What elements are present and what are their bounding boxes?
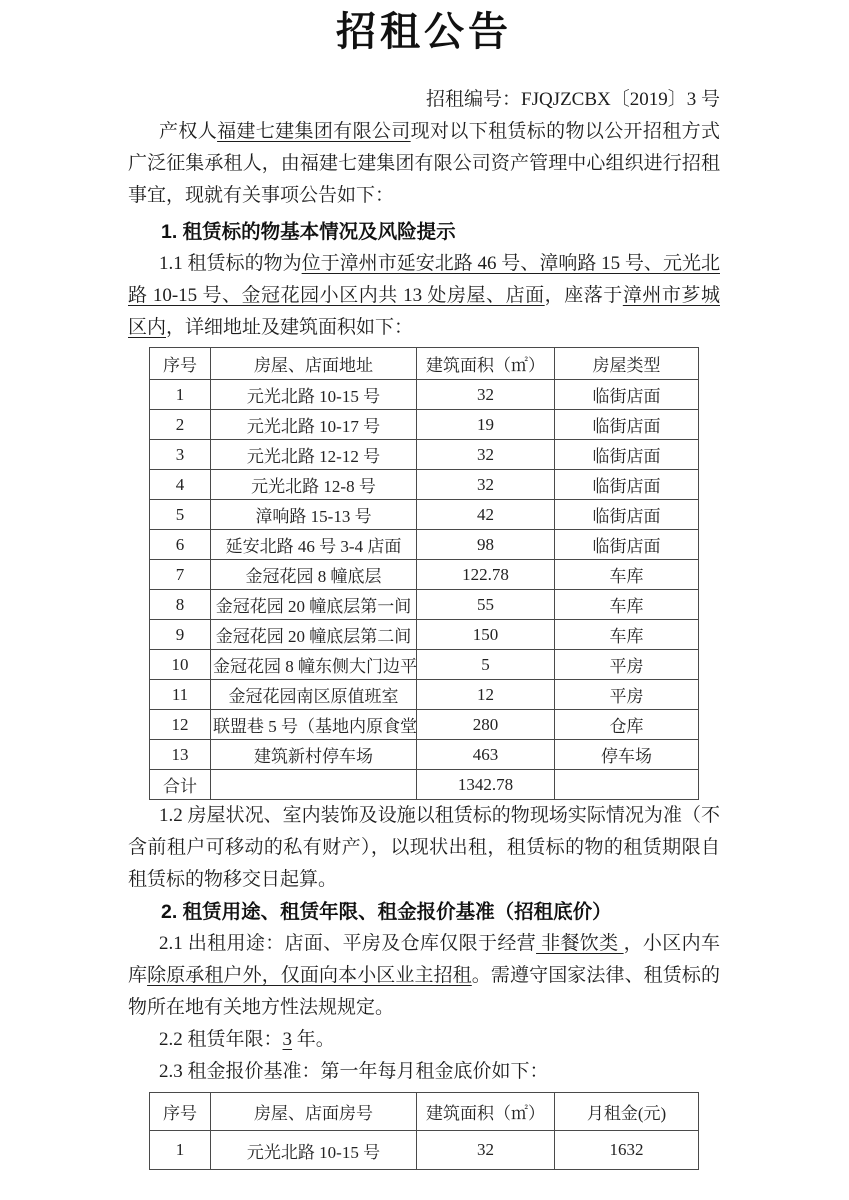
cell-type: 平房 <box>555 650 699 680</box>
cell-area: 12 <box>417 680 555 710</box>
cell-type: 临街店面 <box>555 470 699 500</box>
table-row: 13 建筑新村停车场 463 停车场 <box>150 740 699 770</box>
table-row: 4 元光北路 12-8 号 32 临街店面 <box>150 470 699 500</box>
table-row: 5 漳响路 15-13 号 42 临街店面 <box>150 500 699 530</box>
cell-area: 32 <box>417 470 555 500</box>
intro-pre: 产权人 <box>159 121 217 142</box>
cell-type: 临街店面 <box>555 380 699 410</box>
para-2-2-post: 年。 <box>292 1029 335 1050</box>
table-row: 12 联盟巷 5 号（基地内原食堂） 280 仓库 <box>150 710 699 740</box>
cell-seq: 9 <box>150 620 211 650</box>
col-header-area: 建筑面积（㎡） <box>417 348 555 380</box>
cell-address: 元光北路 12-8 号 <box>211 470 417 500</box>
rent-table-header-row: 序号 房屋、店面房号 建筑面积（㎡） 月租金(元) <box>150 1093 699 1131</box>
cell-type: 车库 <box>555 590 699 620</box>
cell-address: 元光北路 10-17 号 <box>211 410 417 440</box>
total-address-empty <box>211 770 417 800</box>
cell-seq: 12 <box>150 710 211 740</box>
cell-seq: 10 <box>150 650 211 680</box>
owner-name-underlined: 福建七建集团有限公司 <box>217 121 411 142</box>
para-2-2: 2.2 租赁年限：3 年。 <box>128 1024 720 1056</box>
cell-address: 建筑新村停车场 <box>211 740 417 770</box>
total-area: 1342.78 <box>417 770 555 800</box>
table-row: 2 元光北路 10-17 号 19 临街店面 <box>150 410 699 440</box>
cell-area: 32 <box>417 440 555 470</box>
cell-type: 车库 <box>555 620 699 650</box>
table-row: 3 元光北路 12-12 号 32 临街店面 <box>150 440 699 470</box>
total-row: 合计 1342.78 <box>150 770 699 800</box>
cell-seq: 13 <box>150 740 211 770</box>
cell-seq: 6 <box>150 530 211 560</box>
para-2-3: 2.3 租金报价基准：第一年每月租金底价如下： <box>128 1056 720 1088</box>
table-row: 1 元光北路 10-15 号 32 临街店面 <box>150 380 699 410</box>
para-1-1-pre: 1.1 租赁标的物为 <box>159 253 302 274</box>
table-row: 11 金冠花园南区原值班室 12 平房 <box>150 680 699 710</box>
cell-type: 平房 <box>555 680 699 710</box>
cell-type: 临街店面 <box>555 500 699 530</box>
cell-area: 5 <box>417 650 555 680</box>
rent-table: 序号 房屋、店面房号 建筑面积（㎡） 月租金(元) 1 元光北路 10-15 号… <box>149 1092 699 1170</box>
section-2-heading: 2. 租赁用途、租赁年限、租金报价基准（招租底价） <box>161 896 720 928</box>
property-table: 序号 房屋、店面地址 建筑面积（㎡） 房屋类型 1 元光北路 10-15 号 3… <box>149 347 699 800</box>
cell-room: 元光北路 10-15 号 <box>211 1131 417 1170</box>
table-row: 9 金冠花园 20 幢底层第二间 150 车库 <box>150 620 699 650</box>
cell-area: 280 <box>417 710 555 740</box>
rent-table-row: 1 元光北路 10-15 号 32 1632 <box>150 1131 699 1170</box>
cell-area: 42 <box>417 500 555 530</box>
para-1-1-post: ，详细地址及建筑面积如下： <box>166 317 413 338</box>
para-1-1-mid: ，座落于 <box>545 285 623 306</box>
rent-col-header-rent: 月租金(元) <box>555 1093 699 1131</box>
cell-address: 延安北路 46 号 3-4 店面 <box>211 530 417 560</box>
table-row: 8 金冠花园 20 幢底层第一间 55 车库 <box>150 590 699 620</box>
cell-seq: 1 <box>150 1131 211 1170</box>
document-page: 招租公告 招租编号：FJQJZCBX〔2019〕3 号 产权人福建七建集团有限公… <box>0 0 849 1200</box>
cell-area: 463 <box>417 740 555 770</box>
total-type-empty <box>555 770 699 800</box>
para-1-2: 1.2 房屋状况、室内装饰及设施以租赁标的物现场实际情况为准（不含前租户可移动的… <box>128 800 720 896</box>
cell-area: 32 <box>417 1131 555 1170</box>
para-2-1-restriction-underlined: 除原承租户外，仅面向本小区业主招租 <box>147 965 472 986</box>
table-row: 6 延安北路 46 号 3-4 店面 98 临街店面 <box>150 530 699 560</box>
page-title: 招租公告 <box>128 6 720 58</box>
total-label: 合计 <box>150 770 211 800</box>
cell-seq: 2 <box>150 410 211 440</box>
cell-area: 55 <box>417 590 555 620</box>
cell-area: 98 <box>417 530 555 560</box>
col-header-seq: 序号 <box>150 348 211 380</box>
cell-address: 金冠花园 8 幢底层 <box>211 560 417 590</box>
property-table-header-row: 序号 房屋、店面地址 建筑面积（㎡） 房屋类型 <box>150 348 699 380</box>
para-2-1-pre: 2.1 出租用途：店面、平房及仓库仅限于经营 <box>159 933 536 954</box>
col-header-type: 房屋类型 <box>555 348 699 380</box>
rent-col-header-seq: 序号 <box>150 1093 211 1131</box>
table-row: 10 金冠花园 8 幢东侧大门边平房 5 平房 <box>150 650 699 680</box>
cell-type: 临街店面 <box>555 410 699 440</box>
intro-paragraph: 产权人福建七建集团有限公司现对以下租赁标的物以公开招租方式广泛征集承租人，由福建… <box>128 116 720 212</box>
cell-seq: 5 <box>150 500 211 530</box>
cell-seq: 4 <box>150 470 211 500</box>
cell-address: 金冠花园 20 幢底层第二间 <box>211 620 417 650</box>
cell-rent: 1632 <box>555 1131 699 1170</box>
cell-type: 临街店面 <box>555 440 699 470</box>
cell-address: 漳响路 15-13 号 <box>211 500 417 530</box>
rent-col-header-area: 建筑面积（㎡） <box>417 1093 555 1131</box>
cell-type: 停车场 <box>555 740 699 770</box>
cell-seq: 8 <box>150 590 211 620</box>
cell-area: 19 <box>417 410 555 440</box>
cell-type: 车库 <box>555 560 699 590</box>
para-1-1: 1.1 租赁标的物为位于漳州市延安北路 46 号、漳响路 15 号、元光北路 1… <box>128 248 720 344</box>
section-1-heading: 1. 租赁标的物基本情况及风险提示 <box>161 216 720 248</box>
cell-seq: 7 <box>150 560 211 590</box>
doc-number: 招租编号：FJQJZCBX〔2019〕3 号 <box>128 84 720 116</box>
cell-seq: 11 <box>150 680 211 710</box>
col-header-address: 房屋、店面地址 <box>211 348 417 380</box>
cell-address: 联盟巷 5 号（基地内原食堂） <box>211 710 417 740</box>
cell-seq: 1 <box>150 380 211 410</box>
cell-type: 仓库 <box>555 710 699 740</box>
cell-address: 金冠花园 20 幢底层第一间 <box>211 590 417 620</box>
cell-address: 元光北路 10-15 号 <box>211 380 417 410</box>
cell-address: 元光北路 12-12 号 <box>211 440 417 470</box>
cell-type: 临街店面 <box>555 530 699 560</box>
lease-years-underlined: 3 <box>283 1029 293 1050</box>
cell-seq: 3 <box>150 440 211 470</box>
table-row: 7 金冠花园 8 幢底层 122.78 车库 <box>150 560 699 590</box>
cell-address: 金冠花园南区原值班室 <box>211 680 417 710</box>
cell-area: 122.78 <box>417 560 555 590</box>
cell-area: 32 <box>417 380 555 410</box>
cell-address: 金冠花园 8 幢东侧大门边平房 <box>211 650 417 680</box>
cell-area: 150 <box>417 620 555 650</box>
para-2-1-business-underlined: 非餐饮类 <box>536 933 624 954</box>
para-2-1: 2.1 出租用途：店面、平房及仓库仅限于经营 非餐饮类 ，小区内车库除原承租户外… <box>128 928 720 1024</box>
rent-col-header-room: 房屋、店面房号 <box>211 1093 417 1131</box>
para-2-2-pre: 2.2 租赁年限： <box>159 1029 283 1050</box>
